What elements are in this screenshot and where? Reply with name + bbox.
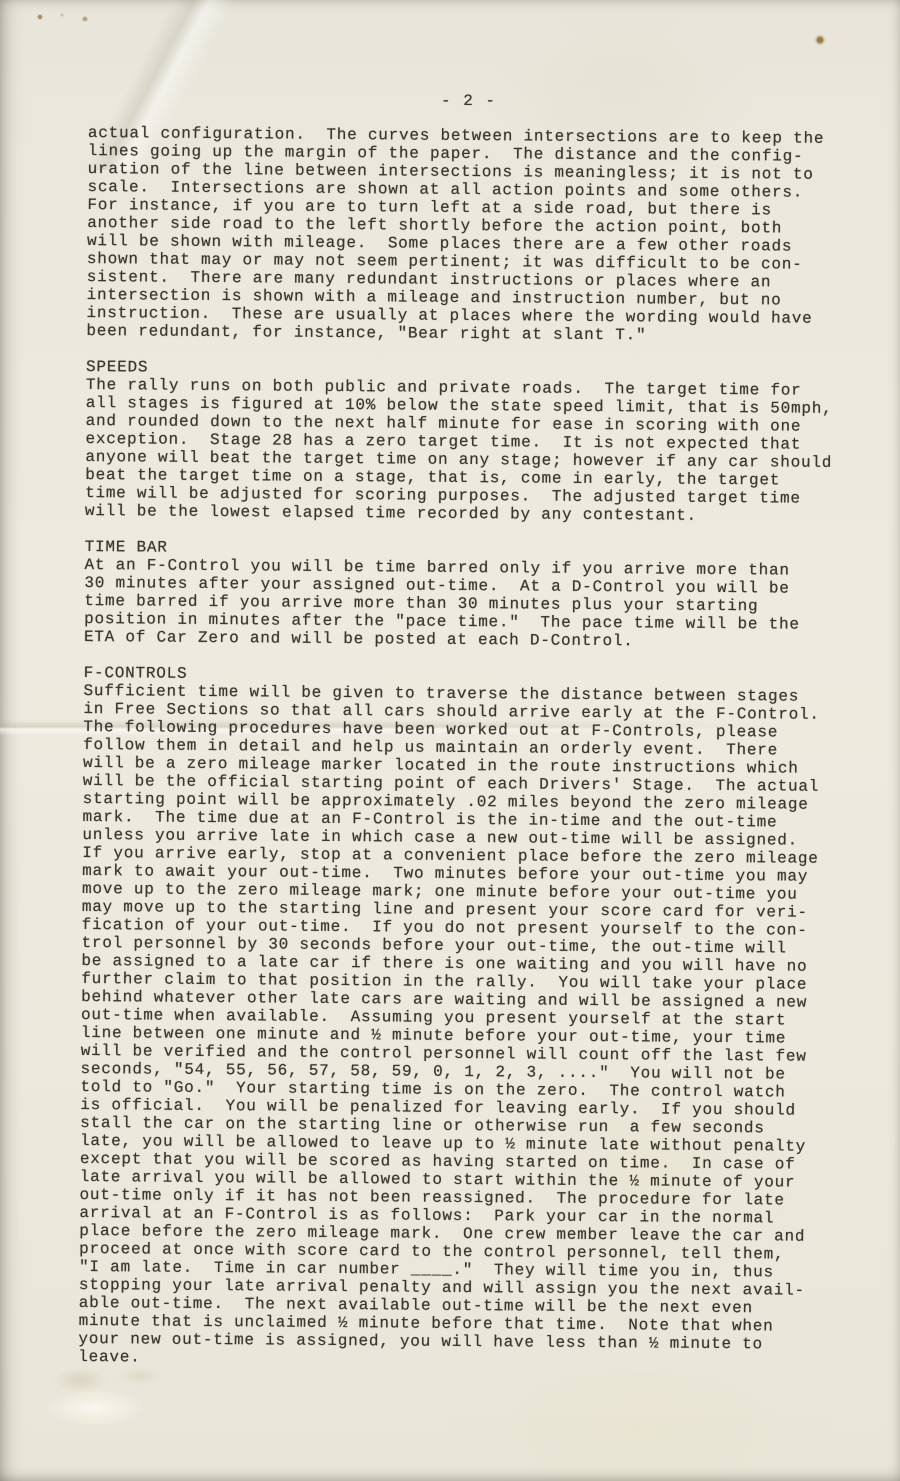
scanned-page: - 2 - actual configuration. The curves b… — [0, 0, 900, 1481]
paragraph-route-configuration: actual configuration. The curves between… — [86, 124, 834, 346]
page-number: - 2 - — [441, 92, 497, 110]
document-text: actual configuration. The curves between… — [78, 124, 834, 1372]
paragraph-time-bar: At an F-Control you will be time barred … — [84, 556, 831, 652]
paragraph-speeds: The rally runs on both public and privat… — [85, 376, 833, 526]
paragraph-f-controls: Sufficient time will be given to travers… — [78, 682, 830, 1372]
